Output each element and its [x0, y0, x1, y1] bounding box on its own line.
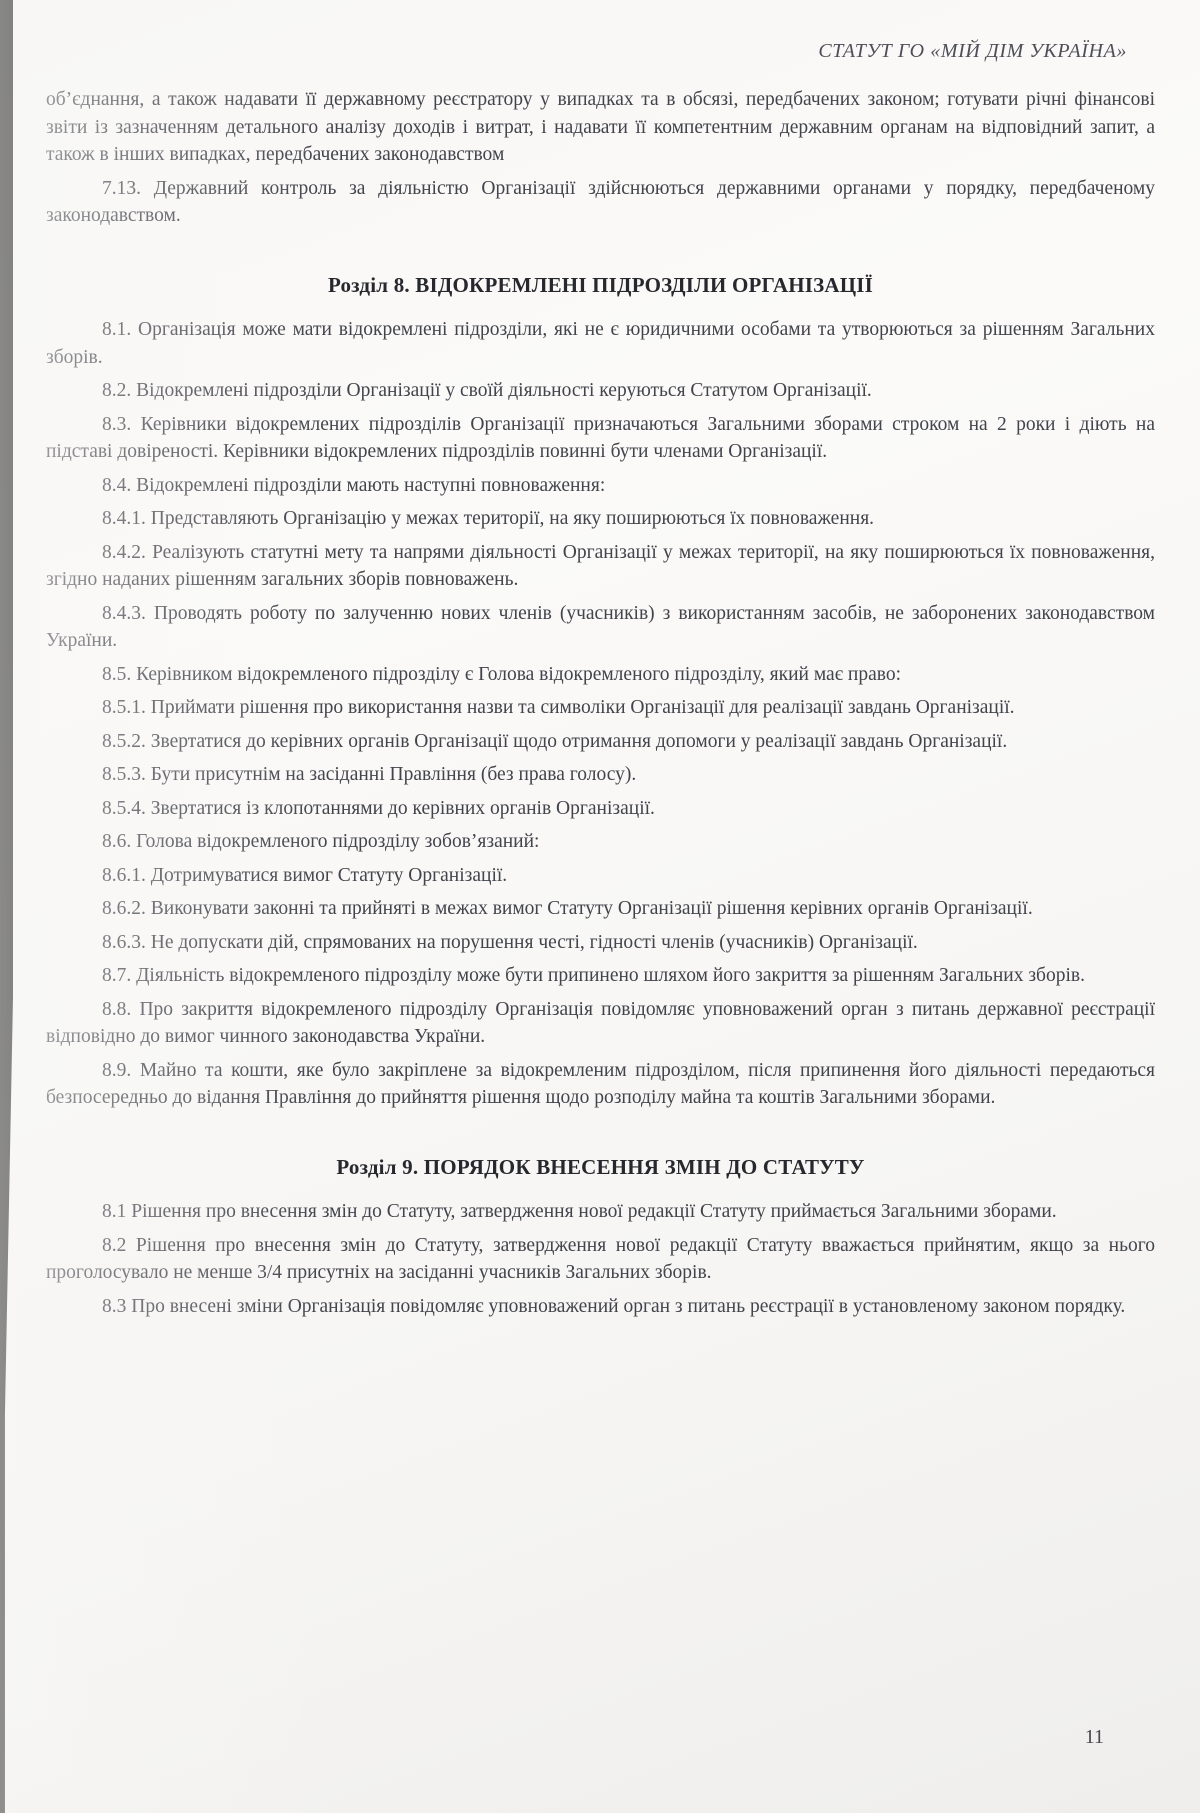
scan-edge-artifact — [0, 0, 13, 1813]
running-header-title: СТАТУТ ГО «МІЙ ДІМ УКРАЇНА» — [818, 40, 1127, 63]
paragraph: 8.3 Про внесені зміни Організація повідо… — [46, 1293, 1155, 1321]
paragraph: 8.6. Голова відокремленого підрозділу зо… — [46, 828, 1155, 856]
paragraph: 8.4.1. Представляють Організацію у межах… — [46, 505, 1155, 533]
paragraph: об’єднання, а також надавати її державно… — [46, 86, 1155, 169]
paragraph: 8.6.1. Дотримуватися вимог Статуту Орган… — [46, 862, 1155, 890]
document-body: об’єднання, а також надавати її державно… — [46, 86, 1155, 1326]
paragraph: 8.5.1. Приймати рішення про використання… — [46, 694, 1155, 722]
page-number: 11 — [1085, 1726, 1104, 1749]
paragraph: 8.7. Діяльність відокремленого підрозділ… — [46, 962, 1155, 990]
paragraph: 8.4. Відокремлені підрозділи мають насту… — [46, 472, 1155, 500]
paragraph: 8.5.3. Бути присутнім на засіданні Правл… — [46, 761, 1155, 789]
paragraph: 8.9. Майно та кошти, яке було закріплене… — [46, 1057, 1155, 1112]
section-heading: Розділ 8. ВІДОКРЕМЛЕНІ ПІДРОЗДІЛИ ОРГАНІ… — [46, 272, 1155, 300]
paragraph: 8.2 Рішення про внесення змін до Статуту… — [46, 1232, 1155, 1287]
paragraph: 8.4.3. Проводять роботу по залученню нов… — [46, 600, 1155, 655]
paragraph: 8.5. Керівником відокремленого підрозділ… — [46, 661, 1155, 689]
paragraph: 8.4.2. Реалізують статутні мету та напря… — [46, 539, 1155, 594]
paragraph: 8.3. Керівники відокремлених підрозділів… — [46, 411, 1155, 466]
paragraph: 8.5.4. Звертатися із клопотаннями до кер… — [46, 795, 1155, 823]
paragraph: 8.6.3. Не допускати дій, спрямованих на … — [46, 929, 1155, 957]
paragraph: 7.13. Державний контроль за діяльністю О… — [46, 175, 1155, 230]
paragraph: 8.2. Відокремлені підрозділи Організації… — [46, 377, 1155, 405]
section-heading: Розділ 9. ПОРЯДОК ВНЕСЕННЯ ЗМІН ДО СТАТУ… — [46, 1154, 1155, 1182]
paragraph: 8.6.2. Виконувати законні та прийняті в … — [46, 895, 1155, 923]
paragraph: 8.1. Організація може мати відокремлені … — [46, 316, 1155, 371]
paragraph: 8.1 Рішення про внесення змін до Статуту… — [46, 1198, 1155, 1226]
paragraph: 8.8. Про закриття відокремленого підрозд… — [46, 996, 1155, 1051]
scanned-statute-page: СТАТУТ ГО «МІЙ ДІМ УКРАЇНА» об’єднання, … — [0, 0, 1200, 1813]
paragraph: 8.5.2. Звертатися до керівних органів Ор… — [46, 728, 1155, 756]
